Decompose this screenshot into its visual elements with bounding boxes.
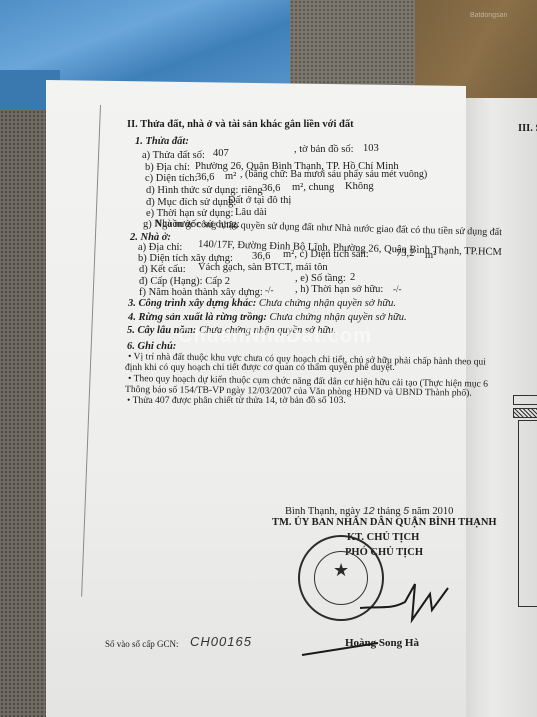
planted-forest-label: 4. Rừng sản xuất là rừng trồng: <box>128 312 267 323</box>
other-construction-label: 3. Công trình xây dựng khác: <box>128 298 256 309</box>
land-map-sheet-label: , tờ bản đồ số: <box>294 145 354 156</box>
planted-forest-item: 4. Rừng sản xuất là rừng trồng: Chưa chứ… <box>128 313 407 324</box>
land-purpose: Đất ở tại đô thị <box>228 196 291 207</box>
house-structure-label: d) Kết cấu: <box>139 265 186 276</box>
house-floor-area-label: m², c) Diện tích sàn: <box>283 250 369 261</box>
background-mesh-left <box>0 110 48 717</box>
date-month: 5 <box>403 505 409 517</box>
issuing-authority: TM. ỦY BAN NHÂN DÂN QUẬN BÌNH THẠNH <box>272 518 497 529</box>
land-shared-area: Không <box>345 182 374 193</box>
date-month-label: tháng <box>377 506 400 517</box>
other-construction-item: 3. Công trình xây dựng khác: Chưa chứng … <box>128 299 396 310</box>
land-address-label: b) Địa chỉ: <box>145 163 190 174</box>
signer-name: Hoàng Song Hà <box>345 638 419 649</box>
note-line: • Thửa 407 được phân chiết từ thửa 14, t… <box>127 396 346 406</box>
house-ownership-term-label: , h) Thời hạn sở hữu: <box>295 285 383 296</box>
star-icon: ★ <box>333 560 349 581</box>
legend-box-hatched <box>513 408 537 418</box>
chuannhadat-watermark: ChuanNhaDat.com <box>178 325 372 348</box>
section-heading: II. Thửa đất, nhà ở và tài sản khác gắn … <box>127 120 354 131</box>
house-address-label: a) Địa chỉ: <box>138 243 182 254</box>
house-completion-year-label: f) Năm hoàn thành xây dựng: <box>139 288 263 299</box>
land-shared-label: m², chung <box>292 183 334 194</box>
note-line: định khi có quy hoạch chi tiết được cơ q… <box>125 363 395 373</box>
house-grade: đ) Cấp (Hạng): Cấp 2 <box>139 277 230 288</box>
land-private-area: 36,6 <box>262 184 280 195</box>
other-construction-value: Chưa chứng nhận quyền sở hữu. <box>259 298 396 309</box>
legend-box-empty <box>513 395 537 405</box>
house-structure: Vách gạch, sàn BTCT, mái tôn <box>198 263 328 274</box>
land-area-unit: m² <box>225 172 236 183</box>
signing-place-date: Bình Thạnh, ngày 12 tháng 5 năm 2010 <box>285 506 453 518</box>
land-parcel-no: 407 <box>213 149 229 160</box>
house-completion-year: -/- <box>265 286 274 295</box>
batdongsan-watermark-logo: Batdongsan <box>470 12 507 19</box>
land-area-words: , (bằng chữ: Ba mươi sáu phẩy sáu mét vu… <box>240 170 427 180</box>
date-prefix: Bình Thạnh, ngày <box>285 506 360 517</box>
house-floor-area-unit: m² <box>425 251 436 262</box>
land-map-sheet-no: 103 <box>363 144 379 155</box>
land-area: 36,6 <box>196 173 214 184</box>
land-heading: 1. Thửa đất: <box>135 137 189 148</box>
handwritten-signature <box>360 580 450 630</box>
date-day: 12 <box>363 505 375 517</box>
house-build-area: 36,6 <box>252 252 270 263</box>
date-year: năm 2010 <box>412 506 454 517</box>
registry-label: Số vào sổ cấp GCN: <box>105 640 179 649</box>
land-purpose-label: đ) Mục đích sử dụng: <box>146 198 236 209</box>
land-parcel-no-label: a) Thửa đất số: <box>142 151 205 162</box>
house-floors: 2 <box>350 273 355 284</box>
right-page-heading: III. S <box>518 124 537 135</box>
house-ownership-term: -/- <box>393 285 402 294</box>
registry-number: CH00165 <box>190 635 252 648</box>
house-floor-area: 73,2 <box>396 249 414 260</box>
house-floors-label: , e) Số tầng: <box>295 274 346 285</box>
planted-forest-value: Chưa chứng nhận quyền sở hữu. <box>270 312 407 323</box>
right-page-diagram-frame <box>518 420 537 607</box>
land-area-label: c) Diện tích: <box>145 174 197 185</box>
land-term: Lâu dài <box>235 208 267 219</box>
